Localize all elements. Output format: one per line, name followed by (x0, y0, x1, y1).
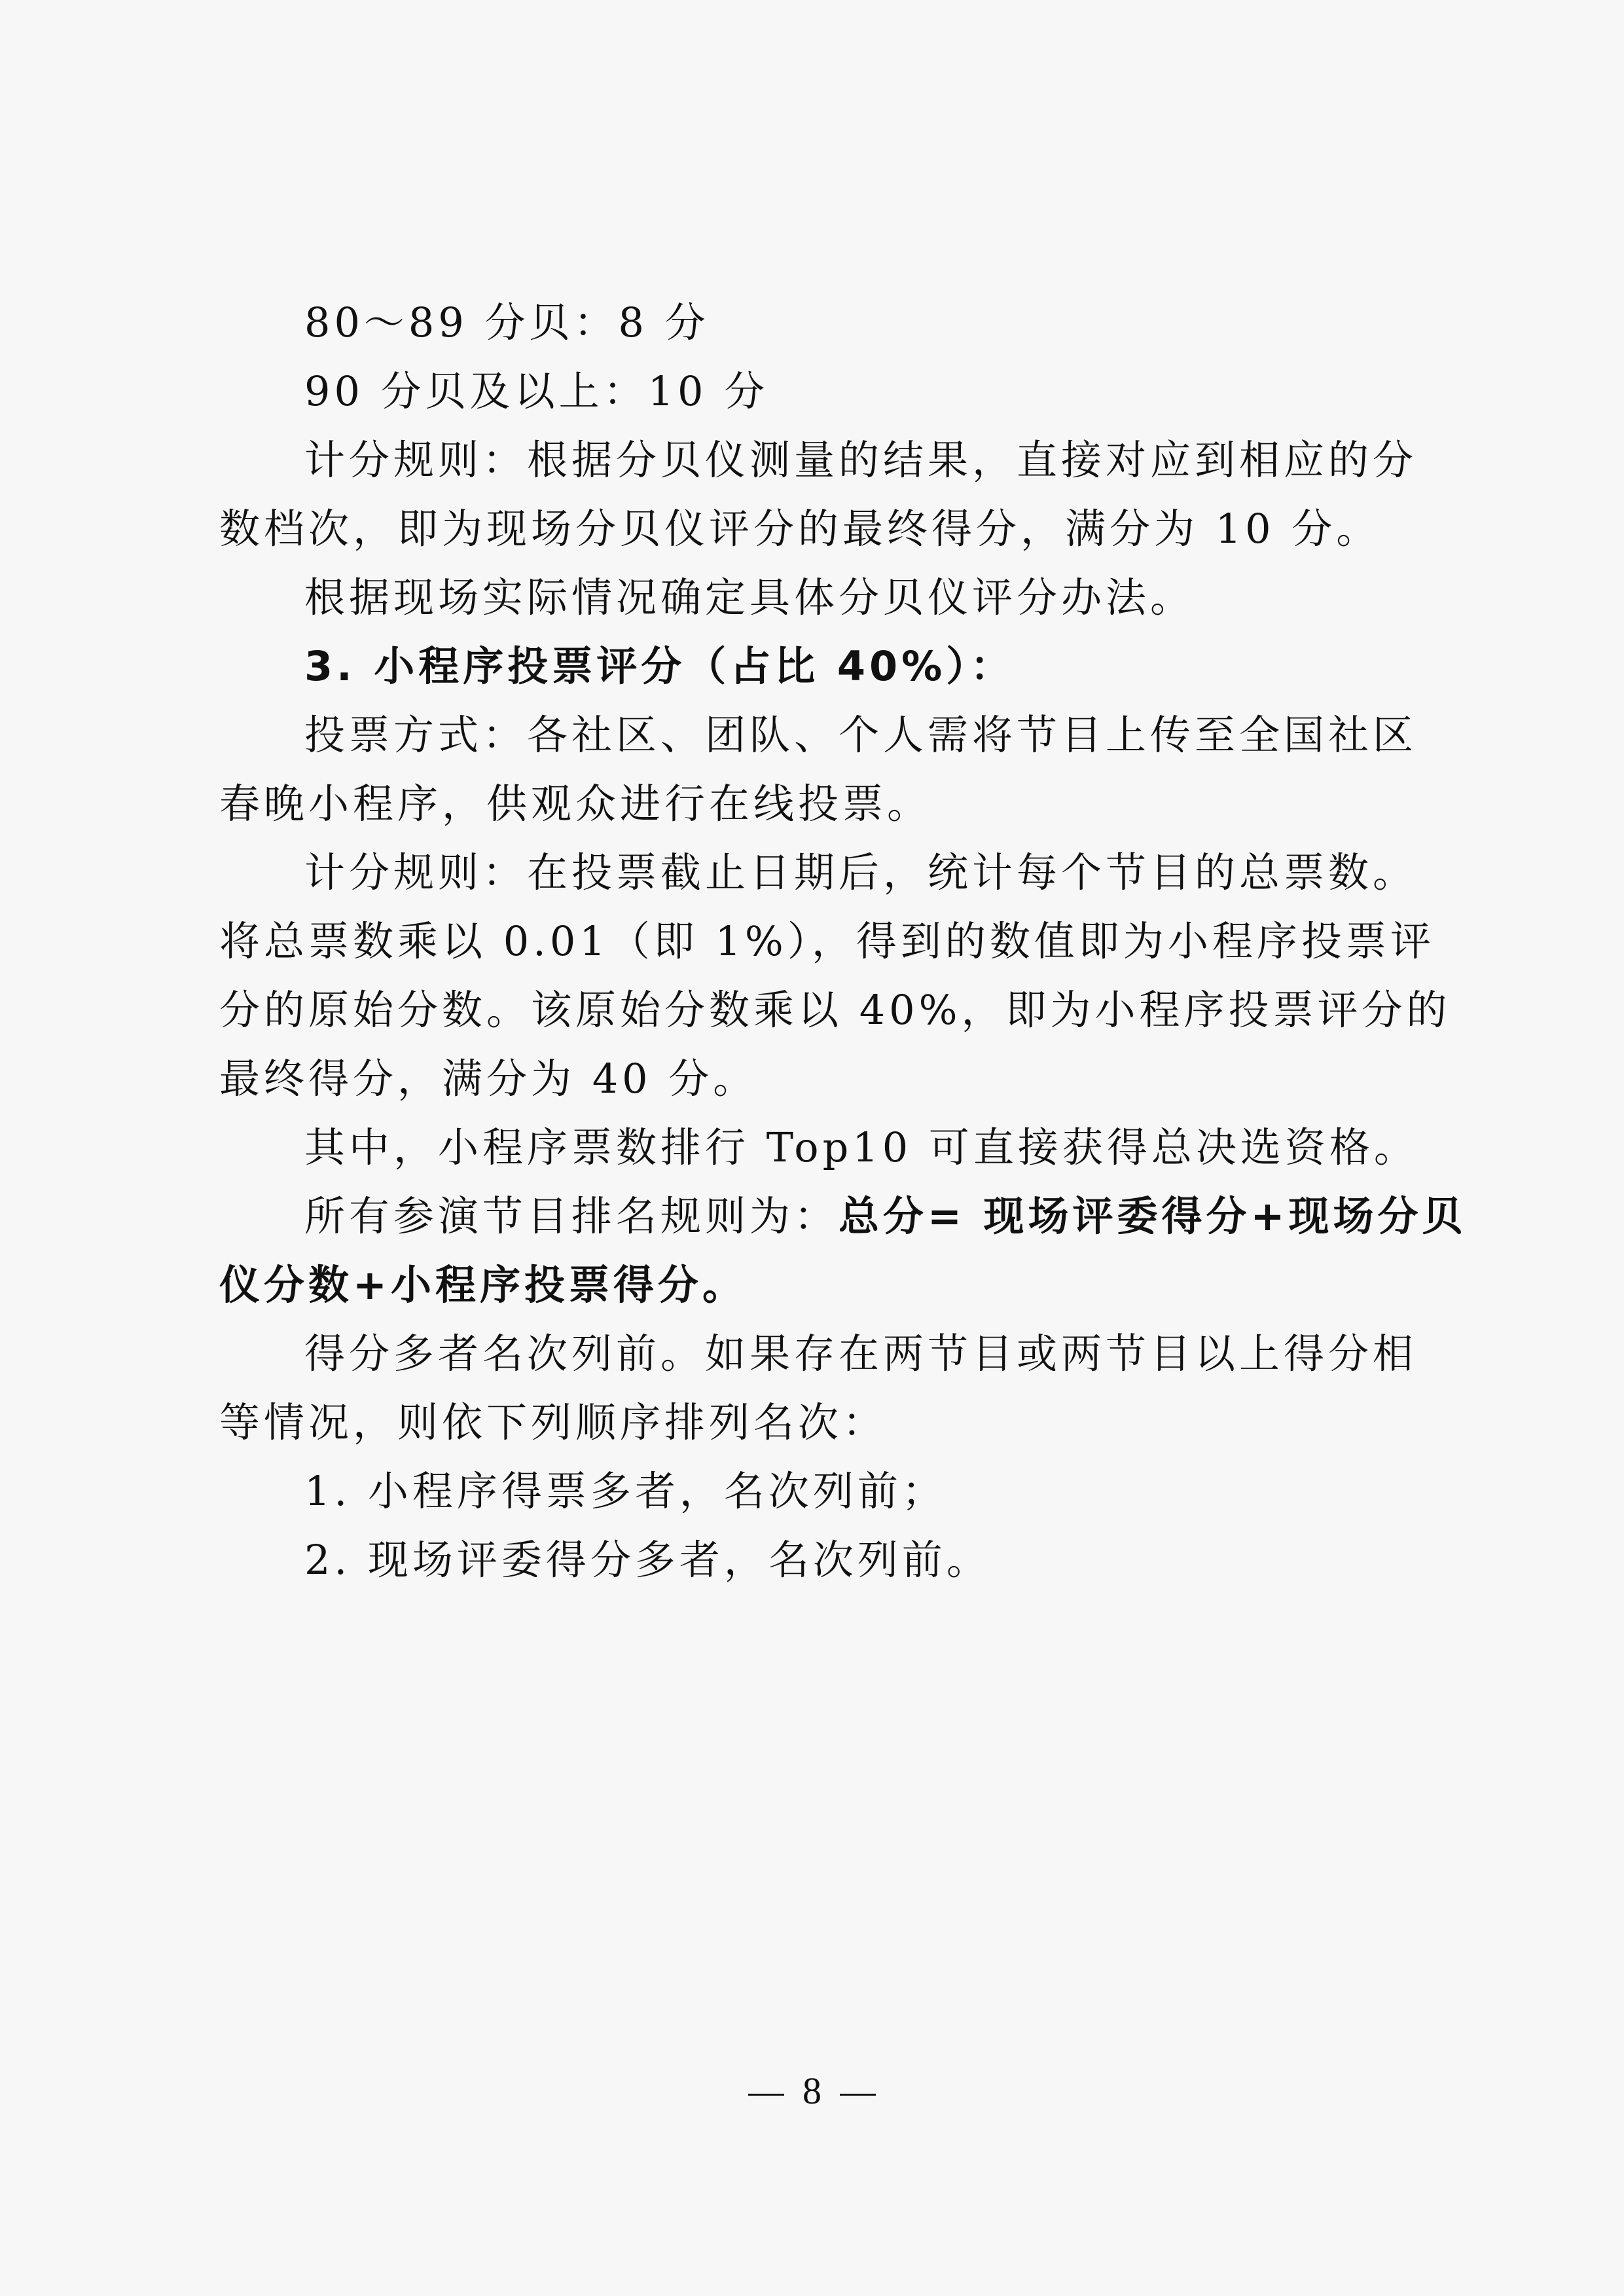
voting-method-line-2: 春晚小程序，供观众进行在线投票。 (219, 769, 931, 838)
vote-scoring-rule-line-4: 最终得分，满分为 40 分。 (219, 1044, 757, 1113)
tie-rule-line-2: 等情况，则依下列顺序排列名次： (219, 1388, 887, 1457)
ranking-rule-line-2: 仪分数+小程序投票得分。 (219, 1250, 747, 1319)
footer-dash-right (840, 2094, 876, 2096)
vote-scoring-rule-line-2: 将总票数乘以 0.01（即 1%），得到的数值即为小程序投票评 (219, 907, 1435, 975)
page-number: 8 (803, 2069, 821, 2112)
decibel-method-note: 根据现场实际情况确定具体分贝仪评分办法。 (304, 563, 1195, 632)
page-footer: 8 (0, 2069, 1624, 2113)
ranking-formula: 总分= 现场评委得分+现场分贝 (839, 1192, 1466, 1240)
decibel-scoring-rule-line-2: 数档次，即为现场分贝仪评分的最终得分，满分为 10 分。 (219, 494, 1380, 563)
tie-rule-line-1: 得分多者名次列前。如果存在两节目或两节目以上得分相 (304, 1319, 1417, 1388)
ranking-rule-label: 所有参演节目排名规则为： (304, 1192, 839, 1240)
vote-scoring-rule-line-1: 计分规则：在投票截止日期后，统计每个节目的总票数。 (304, 838, 1417, 907)
top10-qualification-note: 其中，小程序票数排行 Top10 可直接获得总决选资格。 (304, 1113, 1418, 1182)
decibel-scoring-rule-line-1: 计分规则：根据分贝仪测量的结果，直接对应到相应的分 (304, 426, 1417, 494)
vote-scoring-rule-line-3: 分的原始分数。该原始分数乘以 40%，即为小程序投票评分的 (219, 975, 1451, 1044)
footer-dash-left (748, 2094, 784, 2096)
score-tier-90-plus: 90 分贝及以上：10 分 (304, 357, 768, 426)
tie-break-item-1: 1. 小程序得票多者，名次列前； (304, 1457, 947, 1525)
section-heading-miniprogram-vote: 3. 小程序投票评分（占比 40%）： (304, 632, 1015, 701)
voting-method-line-1: 投票方式：各社区、团队、个人需将节目上传至全国社区 (304, 701, 1417, 769)
ranking-rule-line-1: 所有参演节目排名规则为：总分= 现场评委得分+现场分贝 (304, 1182, 1467, 1250)
tie-break-item-2: 2. 现场评委得分多者，名次列前。 (304, 1525, 991, 1594)
score-tier-80-89: 80～89 分贝：8 分 (304, 288, 710, 357)
